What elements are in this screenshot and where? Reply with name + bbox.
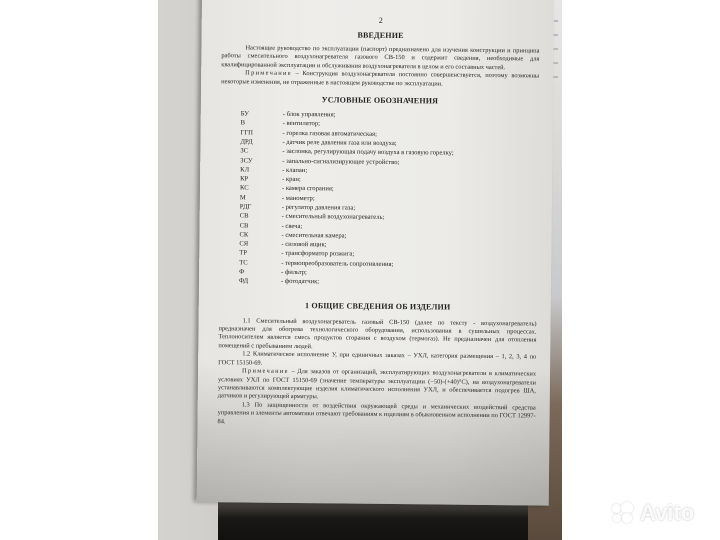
intro-paragraph: Настоящее руководство по эксплуатации (п… — [221, 44, 539, 73]
section1-heading: 1 ОБЩИЕ СВЕДЕНИЯ ОБ ИЗДЕЛИИ — [219, 300, 537, 312]
intro-heading: ВВЕДЕНИЕ — [222, 29, 540, 41]
page-number: 2 — [222, 14, 540, 26]
note-label: Примечание — [245, 70, 292, 77]
legend-desc: - фотодатчик; — [281, 277, 537, 289]
legend-heading: УСЛОВНЫЕ ОБОЗНАЧЕНИЯ — [221, 94, 539, 106]
section1-note: Примечание – Для заказов от организаций,… — [218, 367, 536, 404]
intro-note: Примечание – Конструкция воздухонагреват… — [221, 69, 539, 89]
watermark-text: Avito — [640, 500, 694, 526]
paragraph-1-1: 1.1 Смесительный воздухонагреватель газо… — [218, 317, 536, 354]
document-photo: 2 ВВЕДЕНИЕ Настоящее руководство по эксп… — [158, 0, 562, 540]
legend-item: ФД- фотодатчик; — [219, 277, 537, 290]
avito-dots-icon — [612, 502, 638, 524]
legend-list: БУ- блок управления;В- вентилятор;ГГП- г… — [219, 109, 539, 289]
avito-watermark: Avito — [612, 500, 694, 526]
paragraph-1-3: 1.3 По защищенности от воздействия окруж… — [217, 401, 535, 430]
legend-abbr: ФД — [219, 277, 281, 287]
note-label: Примечание — [242, 368, 289, 375]
document-page: 2 ВВЕДЕНИЕ Настоящее руководство по эксп… — [197, 0, 554, 506]
